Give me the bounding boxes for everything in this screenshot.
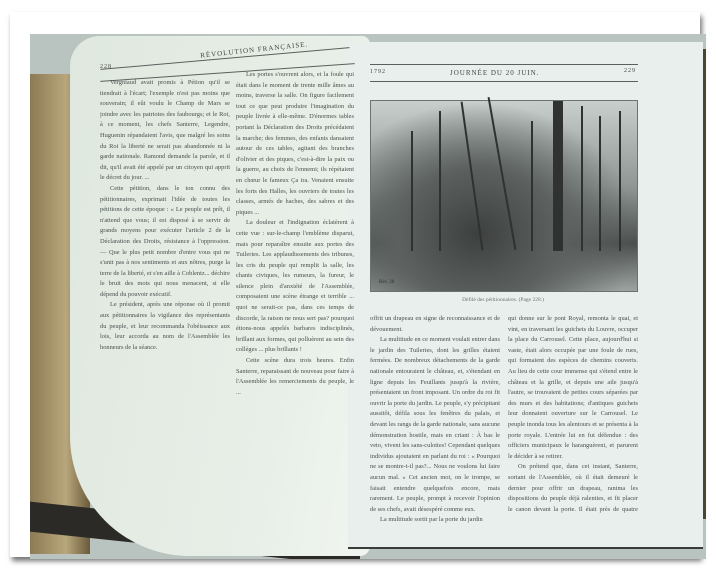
pike bbox=[488, 97, 517, 250]
illustration-caption: Défilé des pétitionnaires. (Page 228.) bbox=[370, 297, 636, 303]
book-photo: 228 RÉVOLUTION FRANÇAISE. Vergniaud avai… bbox=[30, 34, 706, 559]
right-page-number: 229 bbox=[624, 68, 636, 74]
engraving-illustration: Rév. 28 bbox=[370, 100, 638, 292]
banner bbox=[553, 101, 563, 251]
right-page-year: 1792 bbox=[370, 69, 386, 75]
pike bbox=[411, 131, 413, 251]
right-page-column-1: offrit un drapeau en signe de reconnaiss… bbox=[370, 314, 500, 544]
pike bbox=[581, 106, 583, 251]
paragraph: La douleur et l'indignation éclatèrent à… bbox=[236, 218, 354, 356]
paragraph: La multitude en ce moment voulait entrer… bbox=[370, 335, 500, 515]
pike bbox=[531, 121, 533, 251]
paragraph: qui donne sur le pont Royal, remonta le … bbox=[508, 314, 638, 462]
left-page-column-2: Les portes s'ouvrent alors, et la foule … bbox=[236, 70, 354, 540]
paragraph: Cette scène dura trois heures. Enfin San… bbox=[236, 356, 354, 398]
engraver-mark: Rév. 28 bbox=[379, 280, 394, 285]
pike bbox=[599, 116, 601, 251]
left-page-column-1: Vergniaud avait promis à Pétion qu'il se… bbox=[100, 78, 230, 543]
right-running-head: JOURNÉE DU 20 JUIN. bbox=[450, 69, 539, 77]
paragraph: Vergniaud avait promis à Pétion qu'il se… bbox=[100, 78, 230, 184]
paragraph: Cette pétition, dans le ton connu des pé… bbox=[100, 184, 230, 301]
paragraph: Les portes s'ouvrent alors, et la foule … bbox=[236, 70, 354, 218]
paragraph: offrit un drapeau en signe de reconnaiss… bbox=[370, 314, 500, 335]
pike bbox=[619, 111, 621, 251]
paragraph: Le président, après une réponse où il pr… bbox=[100, 300, 230, 353]
pike bbox=[461, 102, 484, 251]
paragraph: La multitude sortit par la porte du jard… bbox=[370, 515, 500, 526]
right-header-rule-top bbox=[370, 64, 638, 65]
right-page-column-2: qui donne sur le pont Royal, remonta le … bbox=[508, 314, 638, 514]
right-header-rule-bottom bbox=[370, 81, 638, 82]
photo-frame: 228 RÉVOLUTION FRANÇAISE. Vergniaud avai… bbox=[10, 12, 700, 557]
pike bbox=[439, 111, 441, 251]
paragraph: On prétend que, dans cet instant, Santer… bbox=[508, 462, 638, 514]
